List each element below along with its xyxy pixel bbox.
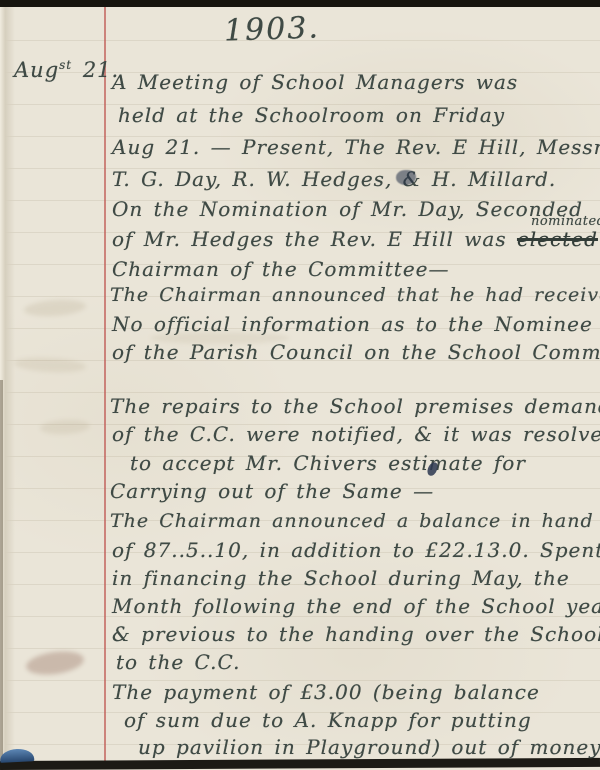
- manuscript-line: A Meeting of School Managers was: [112, 70, 518, 94]
- margin-date: Augst 21.: [14, 58, 119, 82]
- scan-edge-bottom: [0, 758, 600, 770]
- year-heading: 1903.: [223, 10, 320, 48]
- manuscript-line: The Chairman announced a balance in hand: [110, 510, 594, 532]
- manuscript-line: Chairman of the Committee—: [112, 257, 450, 281]
- manuscript-line: of sum due to A. Knapp for putting: [124, 708, 532, 732]
- margin-rule-line: [104, 7, 106, 762]
- manuscript-line: Month following the end of the School ye…: [112, 594, 600, 618]
- manuscript-line: The payment of £3.00 (being balance: [112, 680, 540, 704]
- inserted-word: nominated: [531, 214, 600, 229]
- manuscript-line: The repairs to the School premises deman…: [110, 394, 600, 418]
- scan-edge-top: [0, 0, 600, 7]
- manuscript-line-with-correction: of Mr. Hedges the Rev. E Hill was electe…: [112, 227, 598, 251]
- ink-bleedthrough-mark: [14, 356, 87, 374]
- manuscript-line: of the C.C. were notified, & it was reso…: [112, 422, 600, 446]
- ink-bleedthrough-mark: [24, 298, 87, 318]
- manuscript-line: up pavilion in Playground) out of money: [138, 735, 600, 759]
- manuscript-line: of 87..5..10, in addition to £22.13.0. S…: [112, 538, 600, 562]
- margin-date-ordinal: st: [59, 58, 72, 72]
- manuscript-line: to the C.C.: [116, 650, 240, 674]
- line-text: of Mr. Hedges the Rev. E Hill was: [112, 227, 507, 251]
- manuscript-line: No official information as to the Nomine…: [112, 312, 593, 336]
- page-crease: [0, 380, 3, 770]
- ink-bleedthrough-mark: [40, 419, 91, 436]
- manuscript-line: to accept Mr. Chivers estimate for: [130, 451, 526, 475]
- ink-bleedthrough-mark: [25, 648, 85, 678]
- margin-date-month: Aug: [14, 58, 59, 82]
- manuscript-line: The Chairman announced that he had recei…: [110, 284, 600, 306]
- manuscript-line: of the Parish Council on the School Comm…: [112, 340, 600, 364]
- struck-word: elected: [517, 227, 598, 251]
- manuscript-line: Aug 21. — Present, The Rev. E Hill, Mess…: [112, 135, 600, 159]
- manuscript-line: Carrying out of the Same —: [110, 479, 434, 503]
- manuscript-line: held at the Schoolroom on Friday: [118, 103, 505, 127]
- manuscript-line: On the Nomination of Mr. Day, Seconded: [112, 197, 583, 221]
- correction: elected nominated: [517, 227, 598, 251]
- manuscript-line: T. G. Day, R. W. Hedges, & H. Millard.: [112, 167, 556, 191]
- manuscript-line: in financing the School during May, the: [112, 566, 570, 590]
- manuscript-page: 1903. Augst 21. A Meeting of School Mana…: [0, 0, 600, 770]
- manuscript-line: & previous to the handing over the Schoo…: [112, 622, 600, 646]
